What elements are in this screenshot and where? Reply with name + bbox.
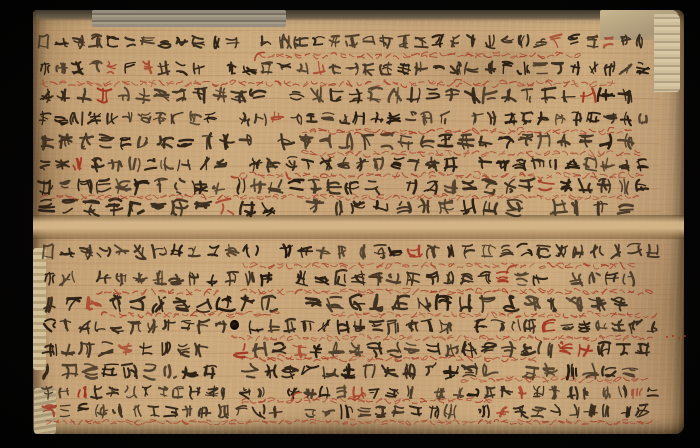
stacked-page-edges-left [33,248,46,370]
stacked-page-edges-top [92,10,286,27]
stacked-page-edges-right [654,14,680,92]
binding-hole [230,320,239,330]
stacked-page-edges-bottom-left [34,388,56,434]
center-fold [33,215,684,239]
manuscript-photo [0,0,700,448]
